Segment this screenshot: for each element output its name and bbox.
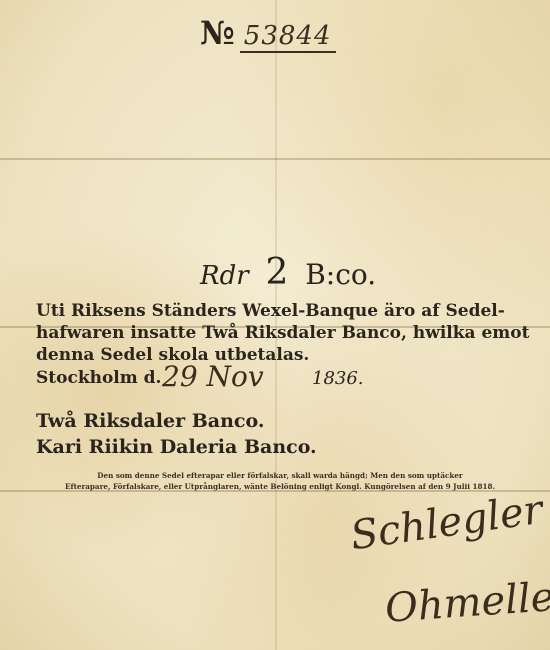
fine-print-line: Den som denne Sedel efterapar eller förf… bbox=[40, 470, 520, 481]
body-line: hafwaren insatte Twå Riksdaler Banco, hw… bbox=[36, 322, 526, 344]
amount-swedish: Twå Riksdaler Banco. bbox=[36, 410, 264, 432]
serial-number: №53844 bbox=[200, 14, 336, 52]
fine-print-line: Efterapare, Förfalskare, eller Utprångla… bbox=[40, 481, 520, 492]
banknote: №53844 Rdr 2 B:co. Uti Riksens Ständers … bbox=[0, 0, 550, 650]
body-line: Uti Riksens Ständers Wexel-Banque äro af… bbox=[36, 300, 526, 322]
place-of-issue: Stockholm d. bbox=[36, 368, 161, 388]
body-text: Uti Riksens Ständers Wexel-Banque äro af… bbox=[36, 300, 526, 366]
signature: Ohmelle bbox=[384, 574, 550, 632]
serial-value: 53844 bbox=[240, 21, 336, 53]
denomination-unit: B:co. bbox=[305, 258, 376, 291]
serial-prefix: № bbox=[200, 14, 236, 52]
amount-finnish: Kari Riikin Daleria Banco. bbox=[36, 436, 317, 458]
handwritten-date: 29 Nov bbox=[162, 360, 264, 393]
signature: Schlegler bbox=[348, 487, 546, 559]
currency-symbol: Rdr bbox=[200, 261, 249, 291]
body-line: denna Sedel skola utbetalas. bbox=[36, 344, 526, 366]
fine-print: Den som denne Sedel efterapar eller förf… bbox=[40, 470, 520, 492]
denomination-value: 2 bbox=[265, 252, 288, 293]
denomination: Rdr 2 B:co. bbox=[200, 252, 376, 293]
issue-year: 1836. bbox=[312, 368, 364, 389]
